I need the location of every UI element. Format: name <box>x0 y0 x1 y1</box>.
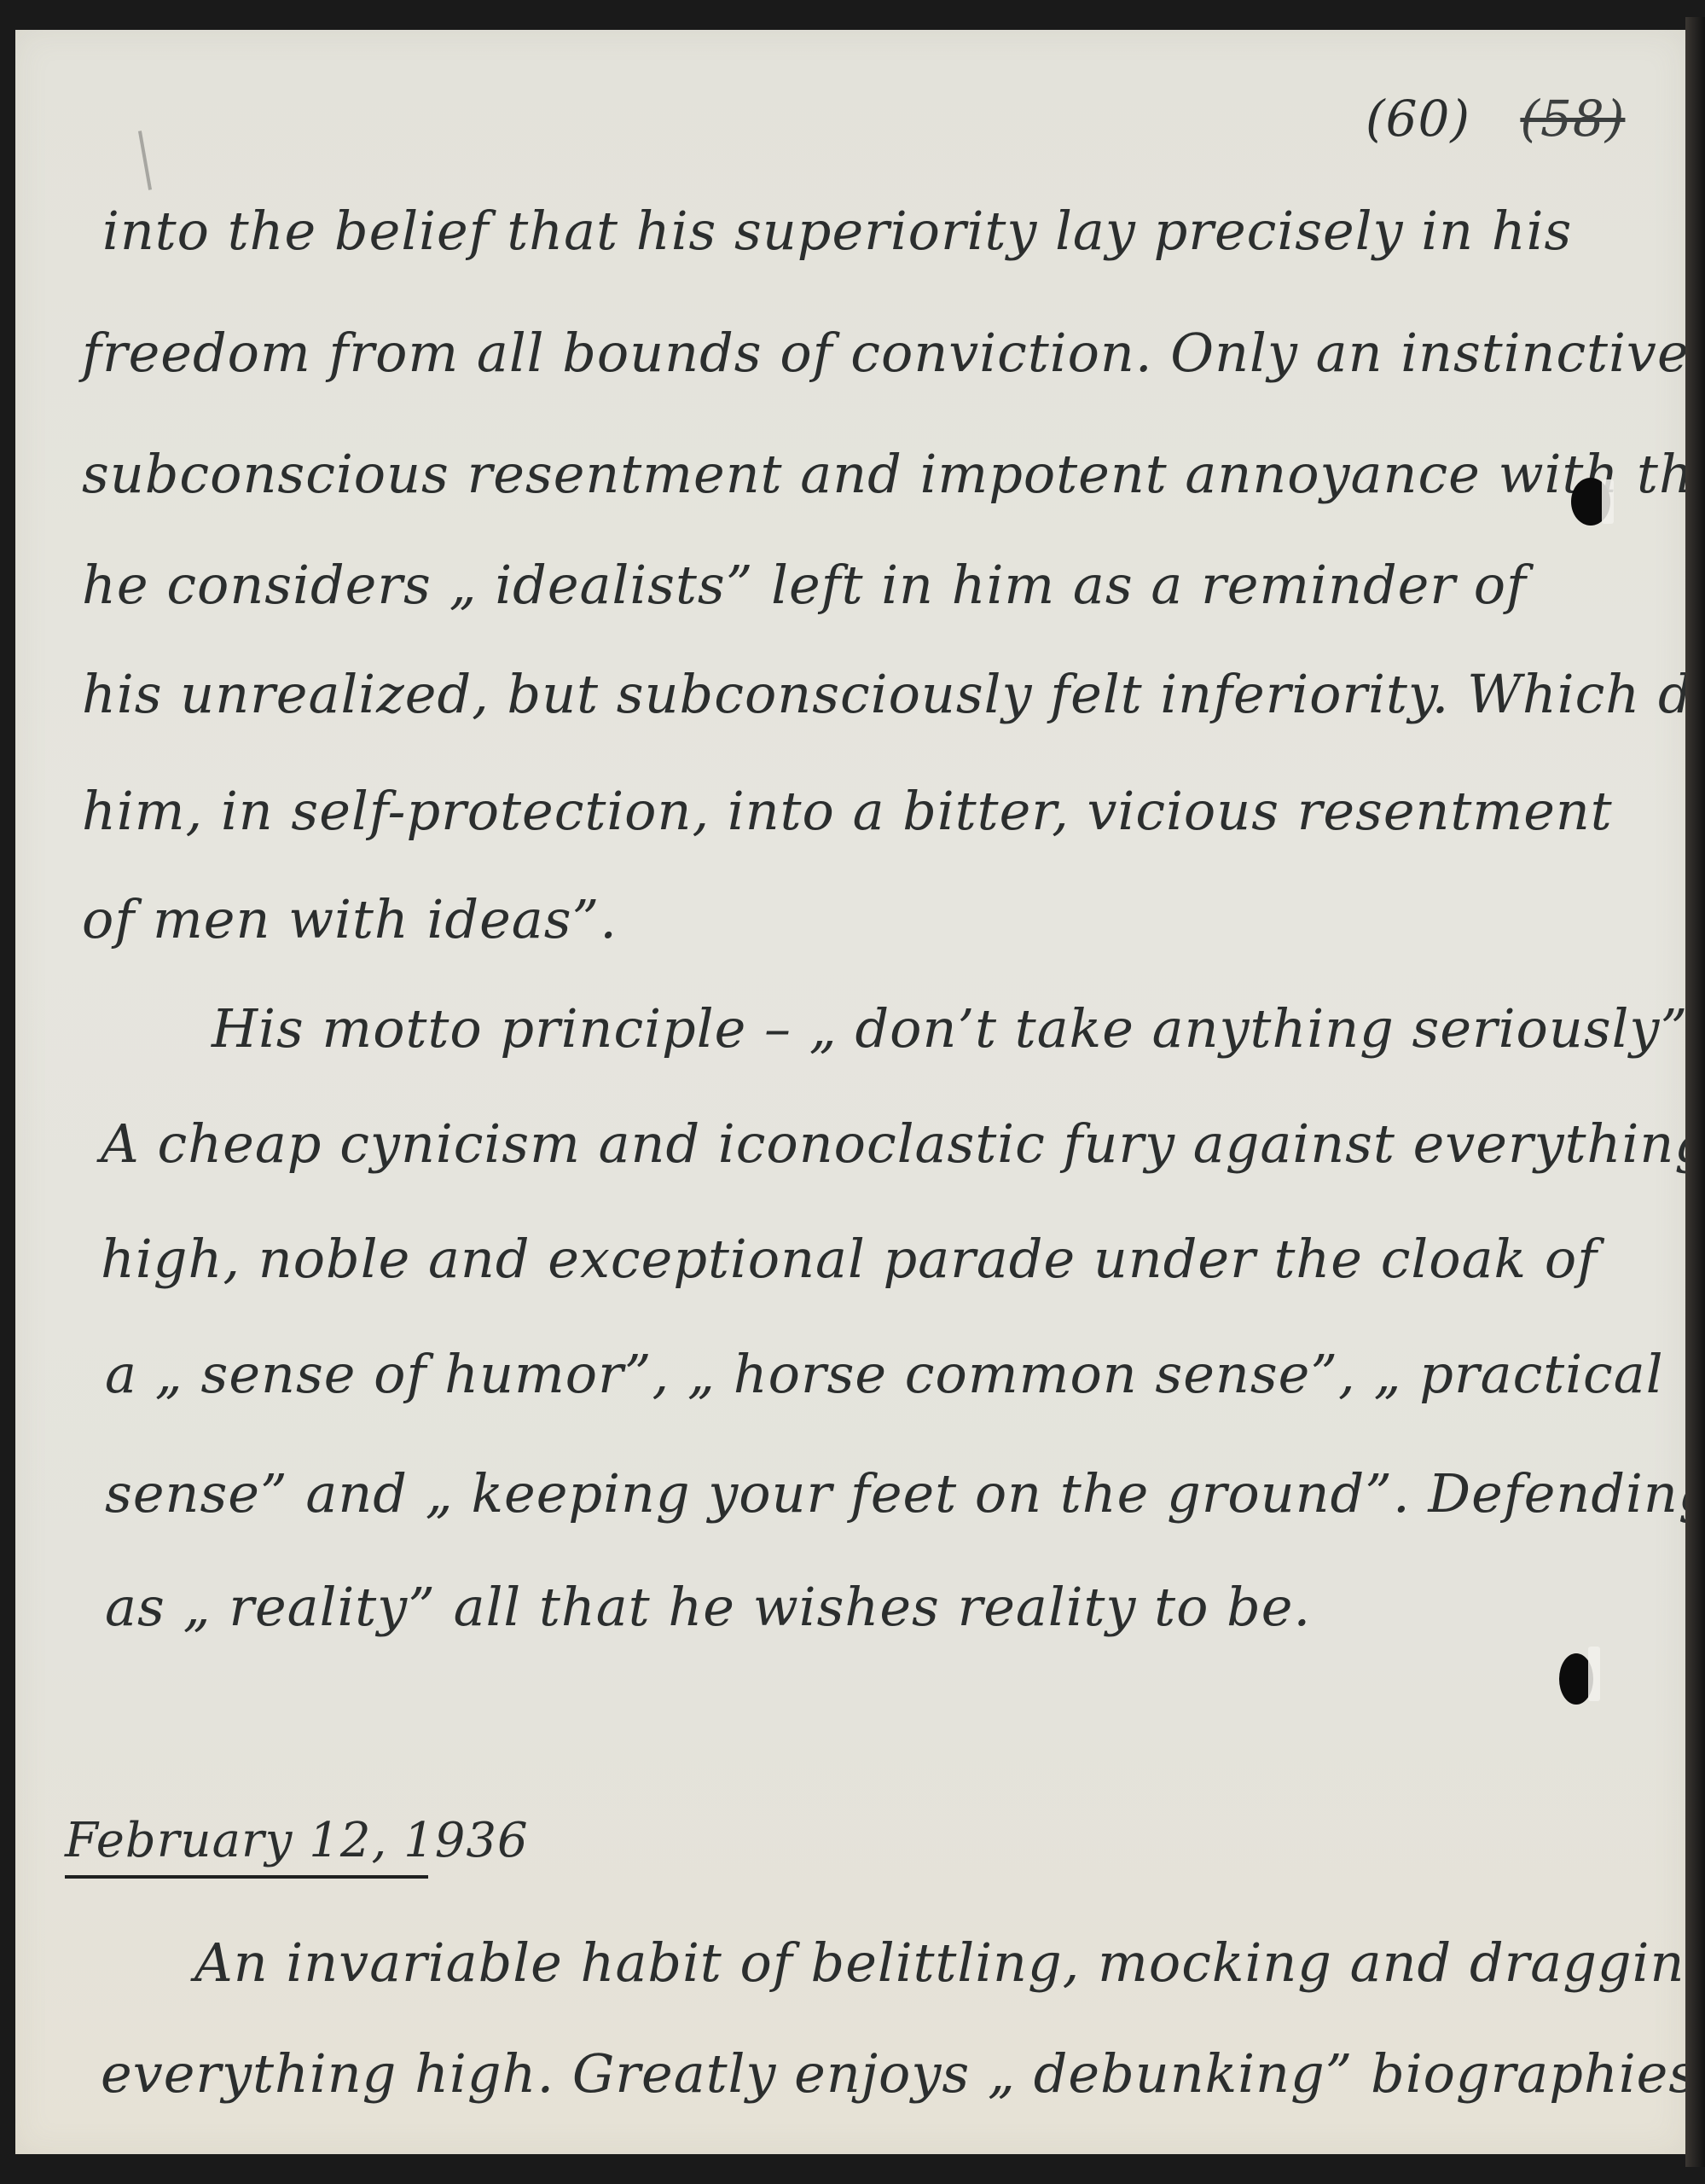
date-heading: February 12, 1936 <box>65 1813 428 1879</box>
text-line: His motto principle – „ don’t take anyth… <box>212 1002 1705 1055</box>
paper-tear <box>1602 479 1614 524</box>
scan-frame: (60) (58) into the belief that his super… <box>0 0 1705 2184</box>
text-line: of men with ideas”. <box>82 893 618 946</box>
text-line: everything high. Greatly enjoys „ debunk… <box>101 2047 1705 2100</box>
text-line: An invariable habit of belittling, mocki… <box>194 1937 1705 1989</box>
text-line: him, in self-protection, into a bitter, … <box>82 785 1613 838</box>
page-edge-shadow <box>1685 17 1705 2167</box>
text-line: freedom from all bounds of conviction. O… <box>82 327 1705 380</box>
text-line: he considers „ idealists” left in him as… <box>82 559 1527 612</box>
manuscript-page: (60) (58) into the belief that his super… <box>15 30 1685 2154</box>
text-line: his unrealized, but subconsciously felt … <box>82 668 1705 721</box>
stray-ink-mark <box>138 131 152 190</box>
text-line: subconscious resentment and impotent ann… <box>82 448 1705 501</box>
text-line: into the belief that his superiority lay… <box>102 205 1572 258</box>
text-line: sense” and „ keeping your feet on the gr… <box>105 1467 1705 1520</box>
text-line: high, noble and exceptional parade under… <box>101 1233 1598 1286</box>
text-line: a „ sense of humor”, „ horse common sens… <box>105 1348 1664 1401</box>
page-number-current: (60) <box>1366 90 1470 148</box>
paper-tear <box>1588 1647 1600 1701</box>
text-line: as „ reality” all that he wishes reality… <box>105 1581 1311 1634</box>
page-number: (60) (58) <box>1366 90 1625 148</box>
text-line: A cheap cynicism and iconoclastic fury a… <box>101 1118 1705 1170</box>
page-number-corrected: (58) <box>1520 90 1625 148</box>
